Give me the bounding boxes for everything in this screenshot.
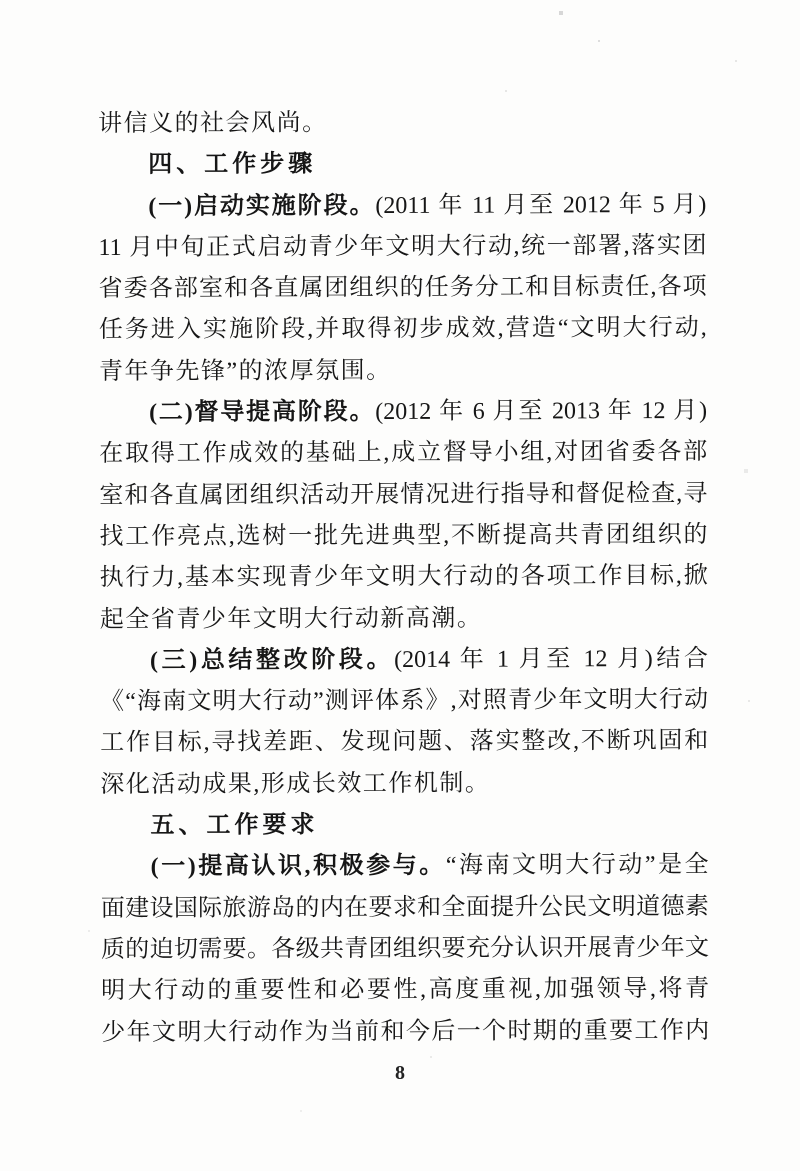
page-number: 8 [0, 1062, 800, 1085]
text-line: 找工作亮点,选树一批先进典型,不断提高共青团组织的 [99, 515, 707, 558]
stage-line: (二)督导提高阶段。(2012 年 6 月至 2013 年 12 月) [99, 391, 707, 434]
scanned-document-page: 讲信义的社会风尚。 四、工作步骤 (一)启动实施阶段。(2011 年 11 月至… [0, 0, 800, 1171]
text-line: 执行力,基本实现青少年文明大行动的各项工作目标,掀 [100, 556, 708, 599]
text-line: 质的迫切需要。各级共青团组织要充分认识开展青少年文 [101, 928, 709, 971]
text-line: 在取得工作成效的基础上,成立督导小组,对团省委各部 [99, 432, 707, 475]
document-body: 讲信义的社会风尚。 四、工作步骤 (一)启动实施阶段。(2011 年 11 月至… [98, 102, 709, 1054]
stage-title: (三)总结整改阶段。 [150, 647, 394, 674]
text-line: 室和各直属团组织活动开展情况进行指导和督促检查,寻 [99, 474, 707, 517]
text-line: 面建设国际旅游岛的内在要求和全面提升公民文明道德素 [101, 887, 709, 930]
text-line: 任务进入实施阶段,并取得初步成效,营造“文明大行动, [99, 308, 707, 351]
text-line: 11 月中旬正式启动青少年文明大行动,统一部署,落实团 [98, 226, 706, 269]
section-heading-4: 四、工作步骤 [98, 143, 706, 186]
stage-line: (三)总结整改阶段。(2014 年 1 月至 12 月)结合 [100, 639, 708, 682]
text-line: 深化活动成果,形成长效工作机制。 [100, 763, 708, 806]
text-line: 省委各部室和各直属团组织的任务分工和目标责任,各项 [99, 267, 707, 310]
text-line: 明大行动的重要性和必要性,高度重视,加强领导,将青 [101, 969, 709, 1012]
text-line: 讲信义的社会风尚。 [98, 102, 706, 145]
text-line: 青年争先锋”的浓厚氛围。 [99, 350, 707, 393]
requirement-title: (一)提高认识,积极参与。 [151, 853, 446, 880]
stage-dates: (2012 年 6 月至 2013 年 12 月) [375, 398, 707, 425]
requirement-text: “海南文明大行动”是全 [446, 852, 709, 879]
requirement-line: (一)提高认识,积极参与。“海南文明大行动”是全 [101, 845, 709, 888]
text-line: 《“海南文明大行动”测评体系》,对照青少年文明大行动 [100, 680, 708, 723]
text-line: 少年文明大行动作为当前和今后一个时期的重要工作内 [101, 1010, 709, 1053]
stage-dates: (2014 年 1 月至 12 月)结合 [394, 646, 708, 673]
scan-noise-specks [0, 0, 2, 2]
text-line: 起全省青少年文明大行动新高潮。 [100, 597, 708, 640]
stage-title: (一)启动实施阶段。 [148, 193, 375, 220]
stage-title: (二)督导提高阶段。 [149, 399, 375, 426]
stage-line: (一)启动实施阶段。(2011 年 11 月至 2012 年 5 月) [98, 184, 706, 227]
section-heading-5: 五、工作要求 [100, 804, 708, 847]
stage-dates: (2011 年 11 月至 2012 年 5 月) [375, 191, 706, 218]
text-line: 工作目标,寻找差距、发现问题、落实整改,不断巩固和 [100, 721, 708, 764]
